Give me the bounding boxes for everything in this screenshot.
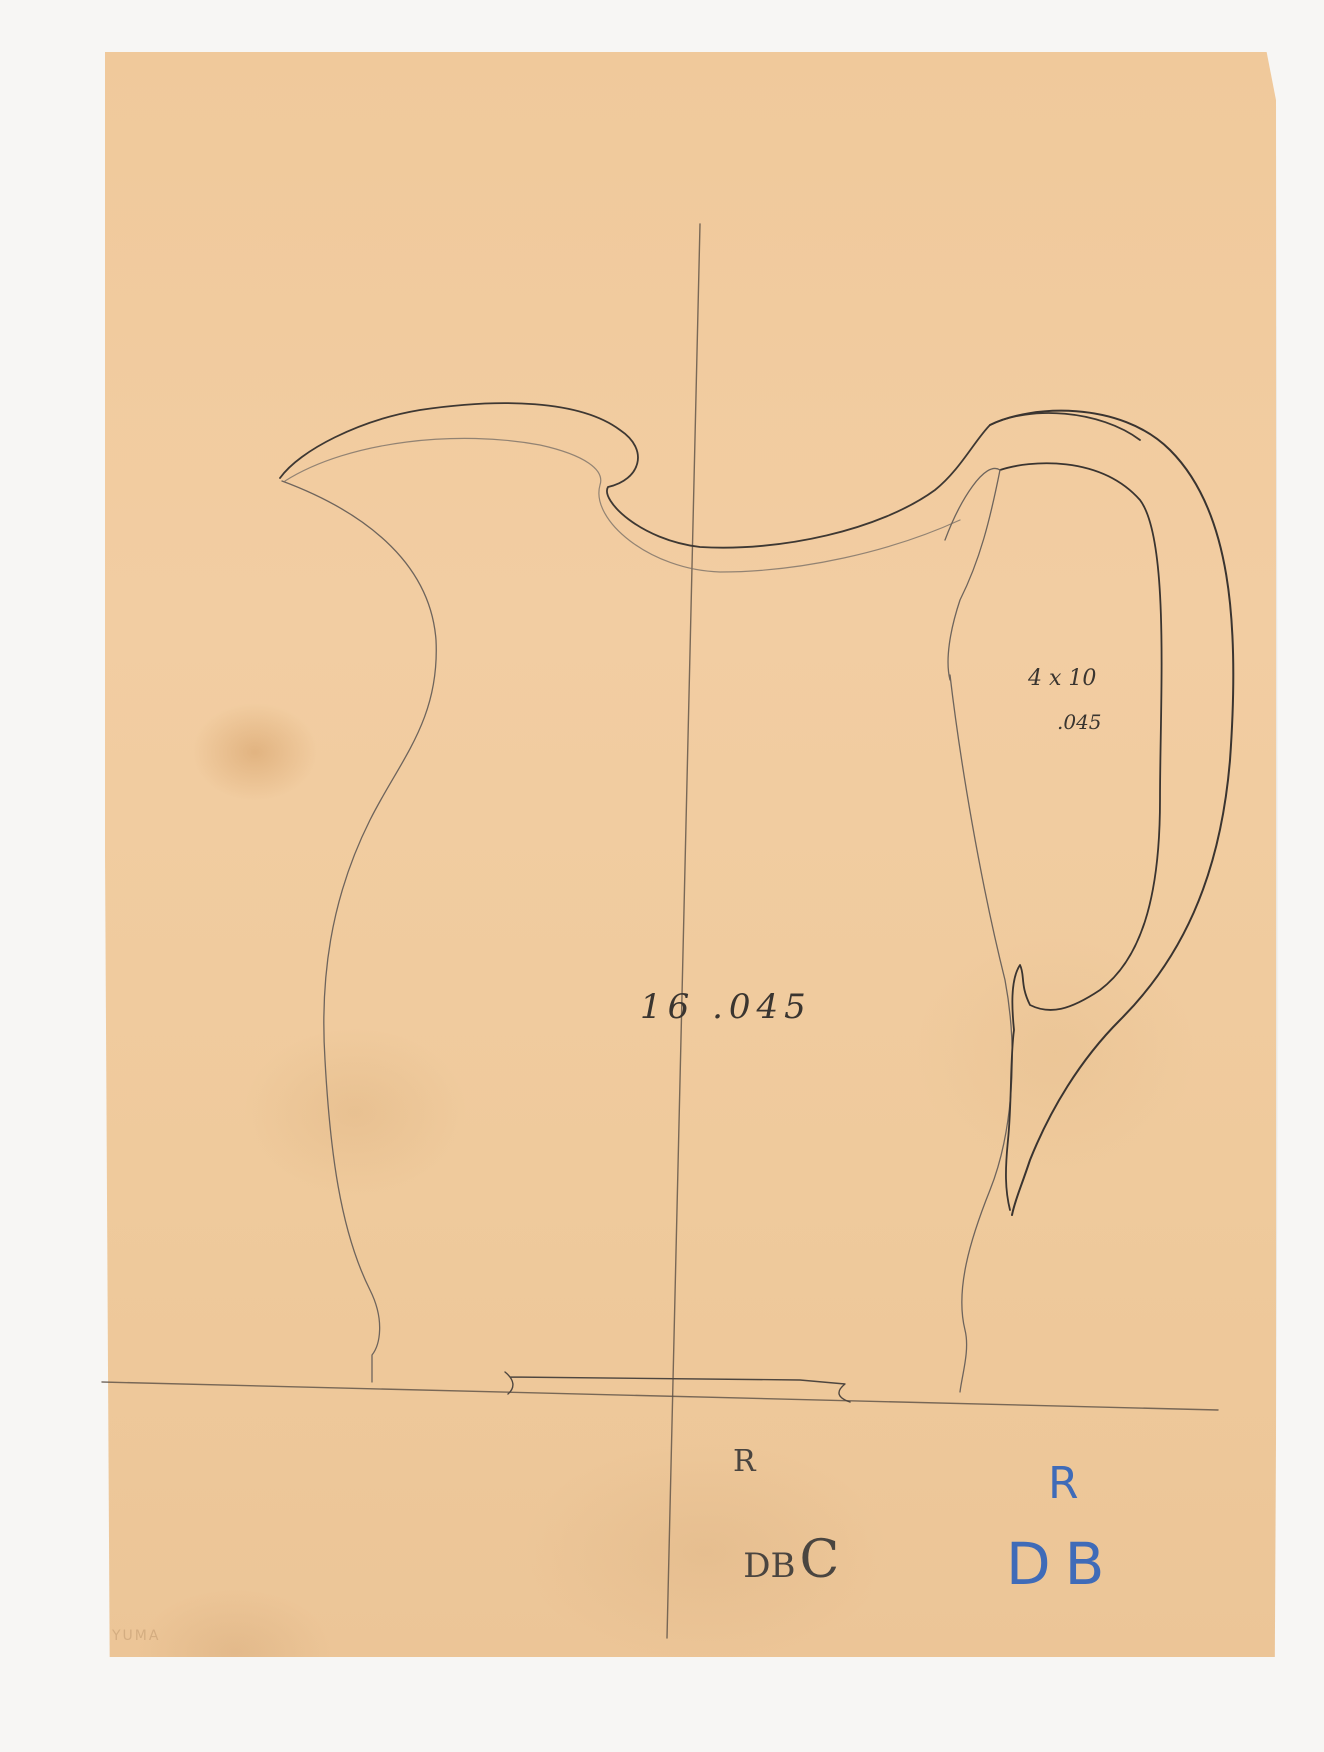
graphite-initials-db-text: DB bbox=[743, 1546, 795, 1586]
blue-initial-r: R bbox=[1048, 1462, 1079, 1506]
handle-dimension-note: 4 x 10 bbox=[1028, 668, 1096, 690]
body-size-note: 16 .045 bbox=[640, 990, 812, 1024]
graphite-initial-r: R bbox=[733, 1447, 756, 1477]
faint-paper-stamp: YUMA bbox=[112, 1628, 160, 1644]
graphite-check-mark: C bbox=[799, 1530, 839, 1590]
blue-initials-db: DB bbox=[1006, 1535, 1118, 1593]
scan-canvas: 4 x 10 .045 16 .045 R DBC R DB YUMA bbox=[0, 0, 1324, 1752]
paper-sheet bbox=[105, 52, 1276, 1657]
handle-gauge-note: .045 bbox=[1057, 712, 1102, 732]
graphite-initials-db: DBC bbox=[700, 1500, 839, 1620]
